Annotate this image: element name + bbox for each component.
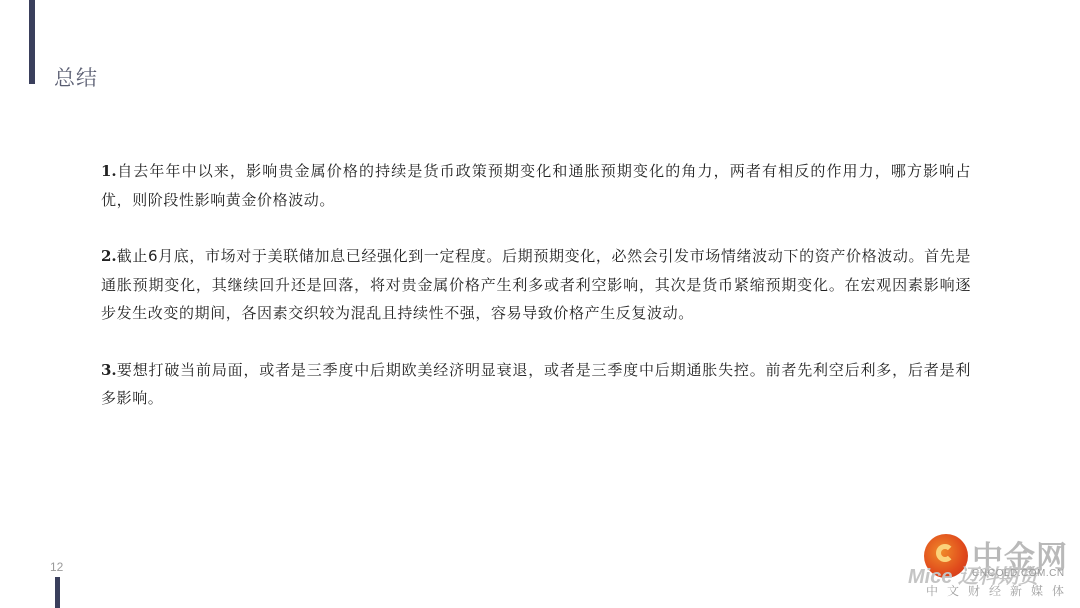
point-number: 2. [101, 247, 117, 265]
watermark-url: CNGOLD.COM.CN [972, 568, 1065, 579]
summary-content: 1.自去年年中以来，影响贵金属价格的持续是货币政策预期变化和通胀预期变化的角力，… [101, 157, 971, 441]
summary-point-2: 2.截止6月底，市场对于美联储加息已经强化到一定程度。后期预期变化，必然会引发市… [101, 242, 971, 328]
point-text: 自去年年中以来，影响贵金属价格的持续是货币政策预期变化和通胀预期变化的角力，两者… [101, 162, 971, 209]
slide-title: 总结 [54, 62, 98, 92]
point-number: 3. [101, 361, 117, 379]
point-text: 截止6月底，市场对于美联储加息已经强化到一定程度。后期预期变化，必然会引发市场情… [101, 247, 971, 322]
watermark-logo: 中金网 Mice 迈科期货 CNGOLD.COM.CN 中文财经新媒体 [908, 530, 1078, 605]
footer-accent-bar [55, 577, 60, 608]
watermark-tagline: 中文财经新媒体 [926, 582, 1073, 599]
point-number: 1. [101, 162, 117, 180]
summary-point-3: 3.要想打破当前局面，或者是三季度中后期欧美经济明显衰退，或者是三季度中后期通胀… [101, 356, 971, 413]
point-text: 要想打破当前局面，或者是三季度中后期欧美经济明显衰退，或者是三季度中后期通胀失控… [101, 361, 971, 408]
summary-point-1: 1.自去年年中以来，影响贵金属价格的持续是货币政策预期变化和通胀预期变化的角力，… [101, 157, 971, 214]
page-number: 12 [50, 560, 63, 574]
title-accent-bar [29, 0, 35, 84]
